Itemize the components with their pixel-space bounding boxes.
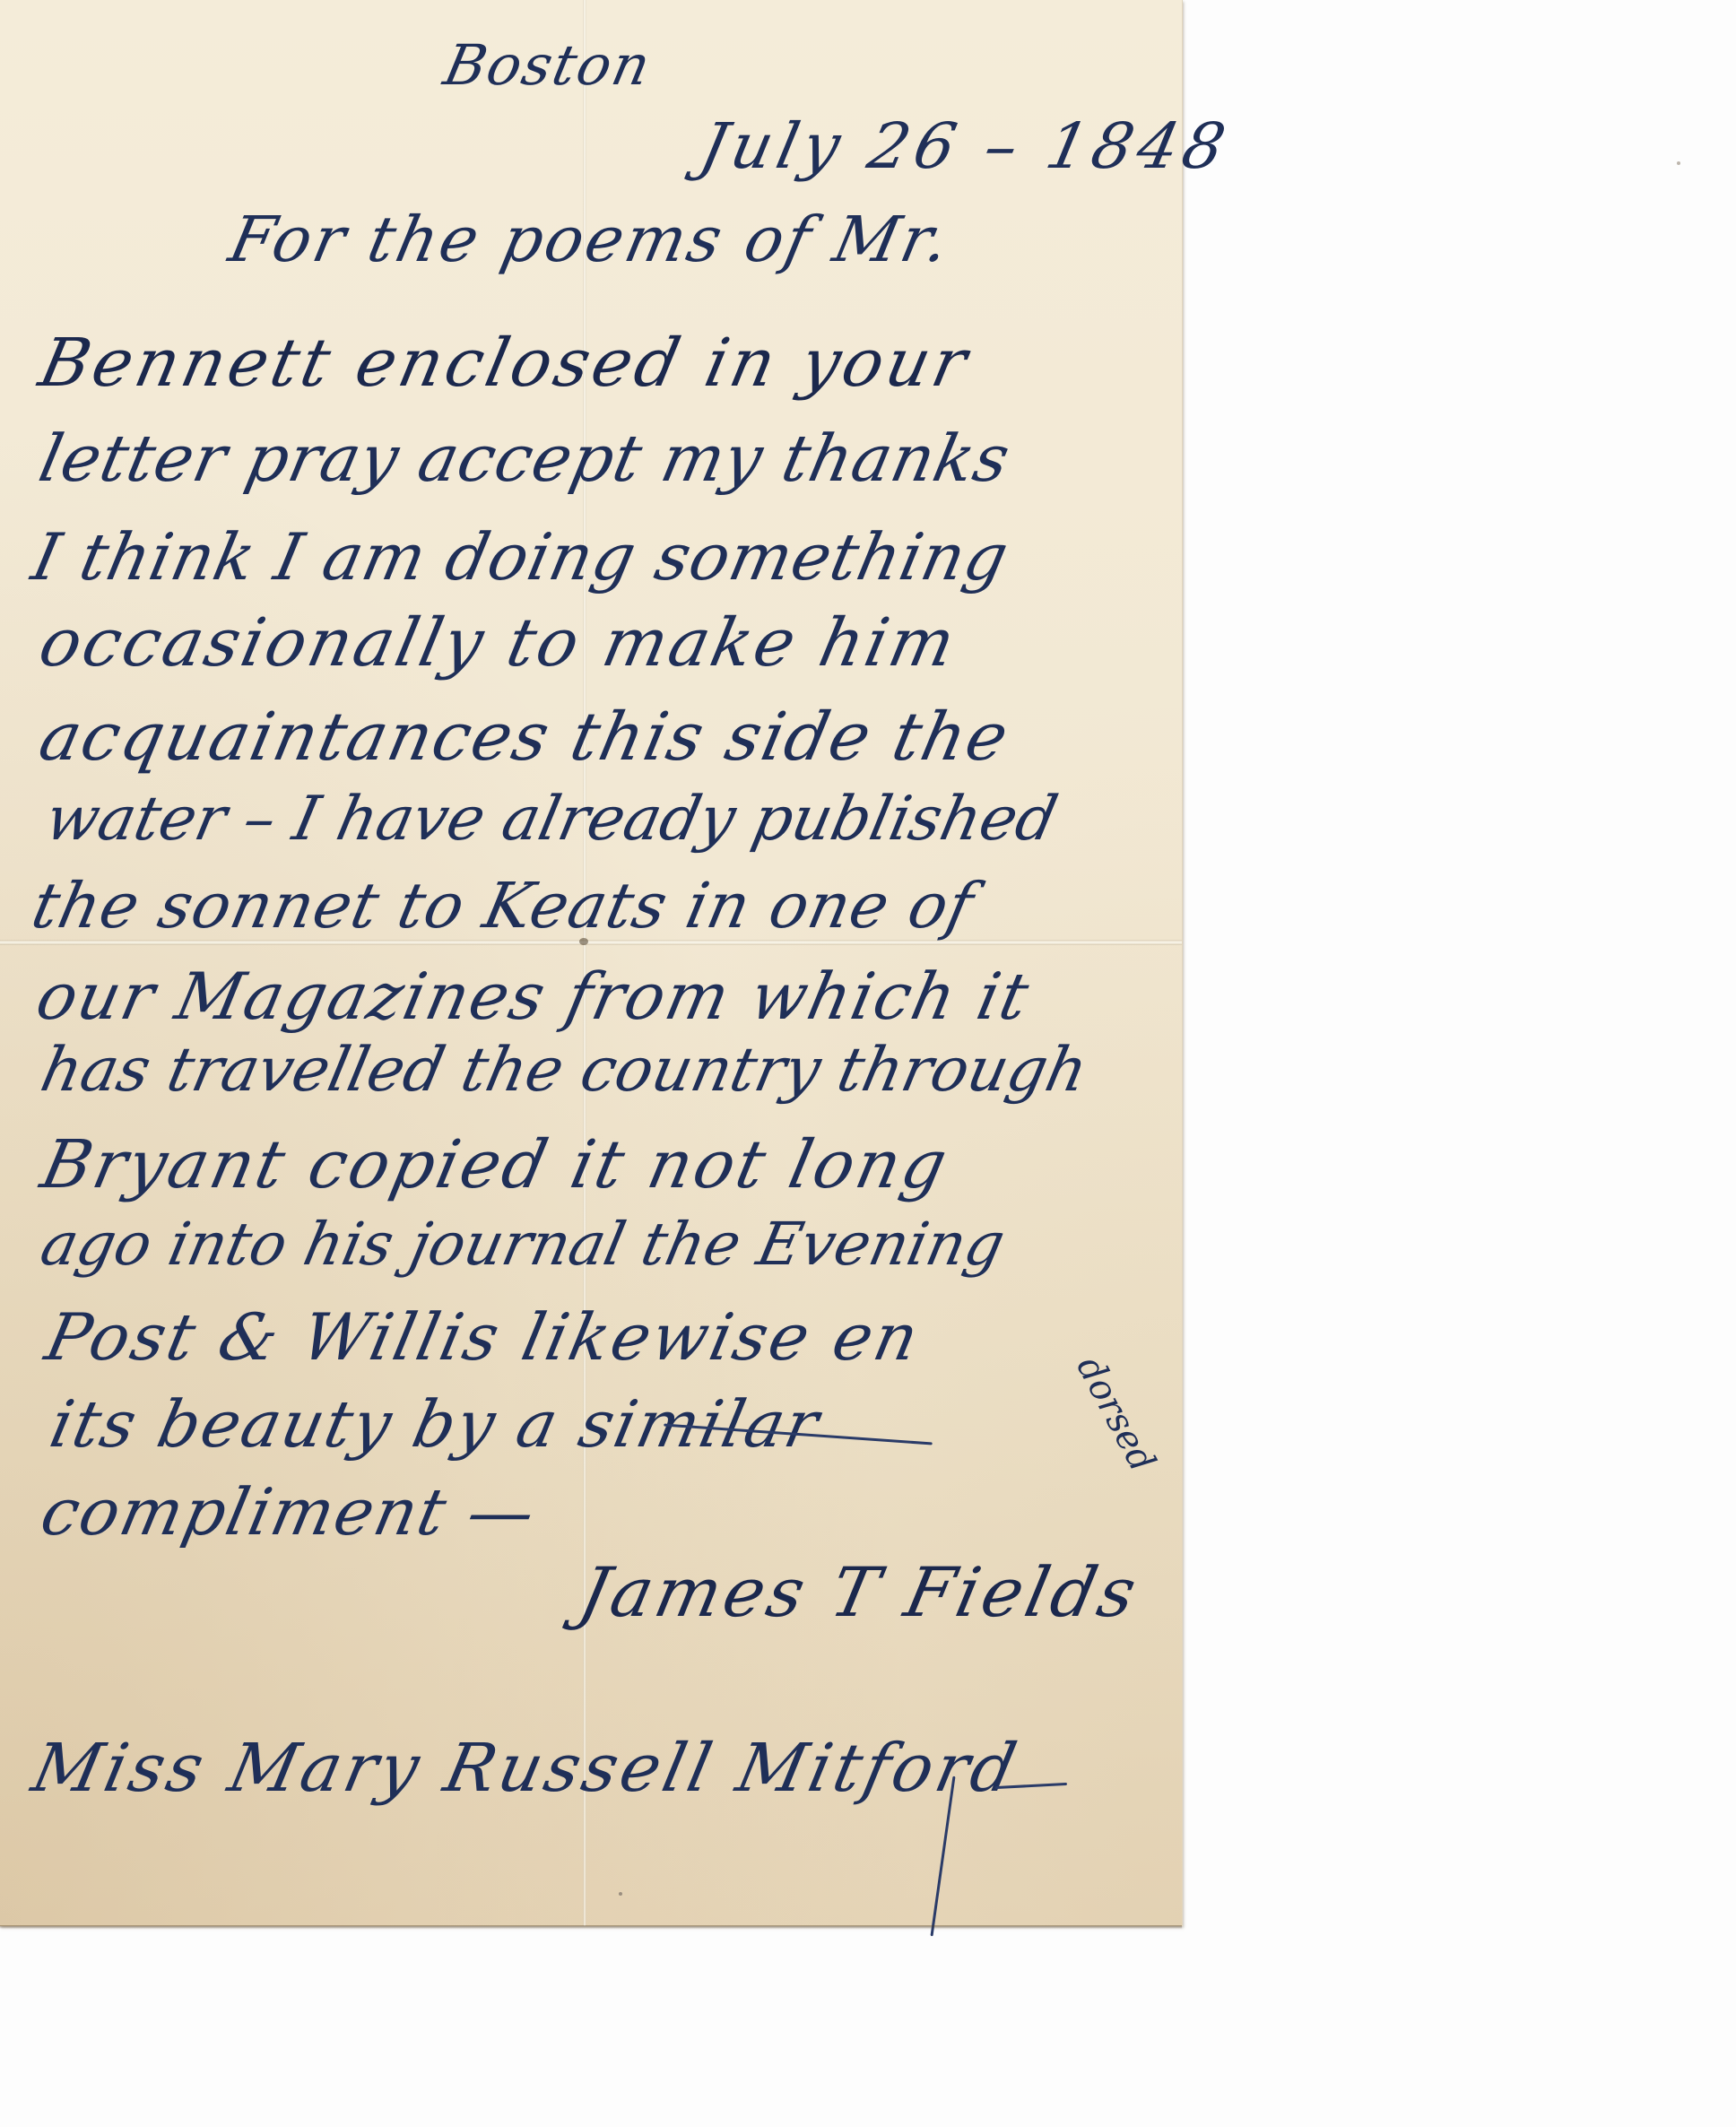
body-line-15: compliment — bbox=[36, 1480, 542, 1544]
body-line-5: occasionally to make him bbox=[34, 610, 963, 676]
body-line-12: ago into his journal the Evening bbox=[36, 1215, 1010, 1274]
letter-sheet: Boston July 26 – 1848 For the poems of M… bbox=[0, 0, 1183, 1926]
body-line-7: water – I have already published bbox=[40, 789, 1063, 850]
signature: James T Fields bbox=[574, 1558, 1145, 1627]
body-line-14: its beauty by a similar bbox=[45, 1392, 826, 1456]
body-line-1: For the poems of Mr. bbox=[224, 208, 957, 271]
body-line-6: acquaintances this side the bbox=[34, 704, 1015, 770]
body-line-9: our Magazines from which it bbox=[31, 964, 1036, 1029]
body-line-10: has travelled the country through bbox=[36, 1040, 1092, 1101]
body-line-4: I think I am doing something bbox=[27, 525, 1014, 589]
body-line-8: the sonnet to Keats in one of bbox=[27, 874, 979, 937]
body-line-13: Post & Willis likewise en bbox=[40, 1305, 926, 1369]
margin-insertion: dorsed bbox=[1068, 1350, 1163, 1479]
body-line-11: Bryant copied it not long bbox=[36, 1132, 955, 1198]
scan-speck bbox=[1677, 161, 1680, 165]
body-line-2: Bennett enclosed in your bbox=[34, 330, 976, 396]
addressee: Miss Mary Russell Mitford bbox=[27, 1735, 1025, 1801]
letter-place: Boston bbox=[439, 38, 656, 93]
paper-speck bbox=[619, 1892, 622, 1896]
body-line-3: letter pray accept my thanks bbox=[34, 426, 1016, 491]
letter-date: July 26 – 1848 bbox=[695, 115, 1236, 178]
